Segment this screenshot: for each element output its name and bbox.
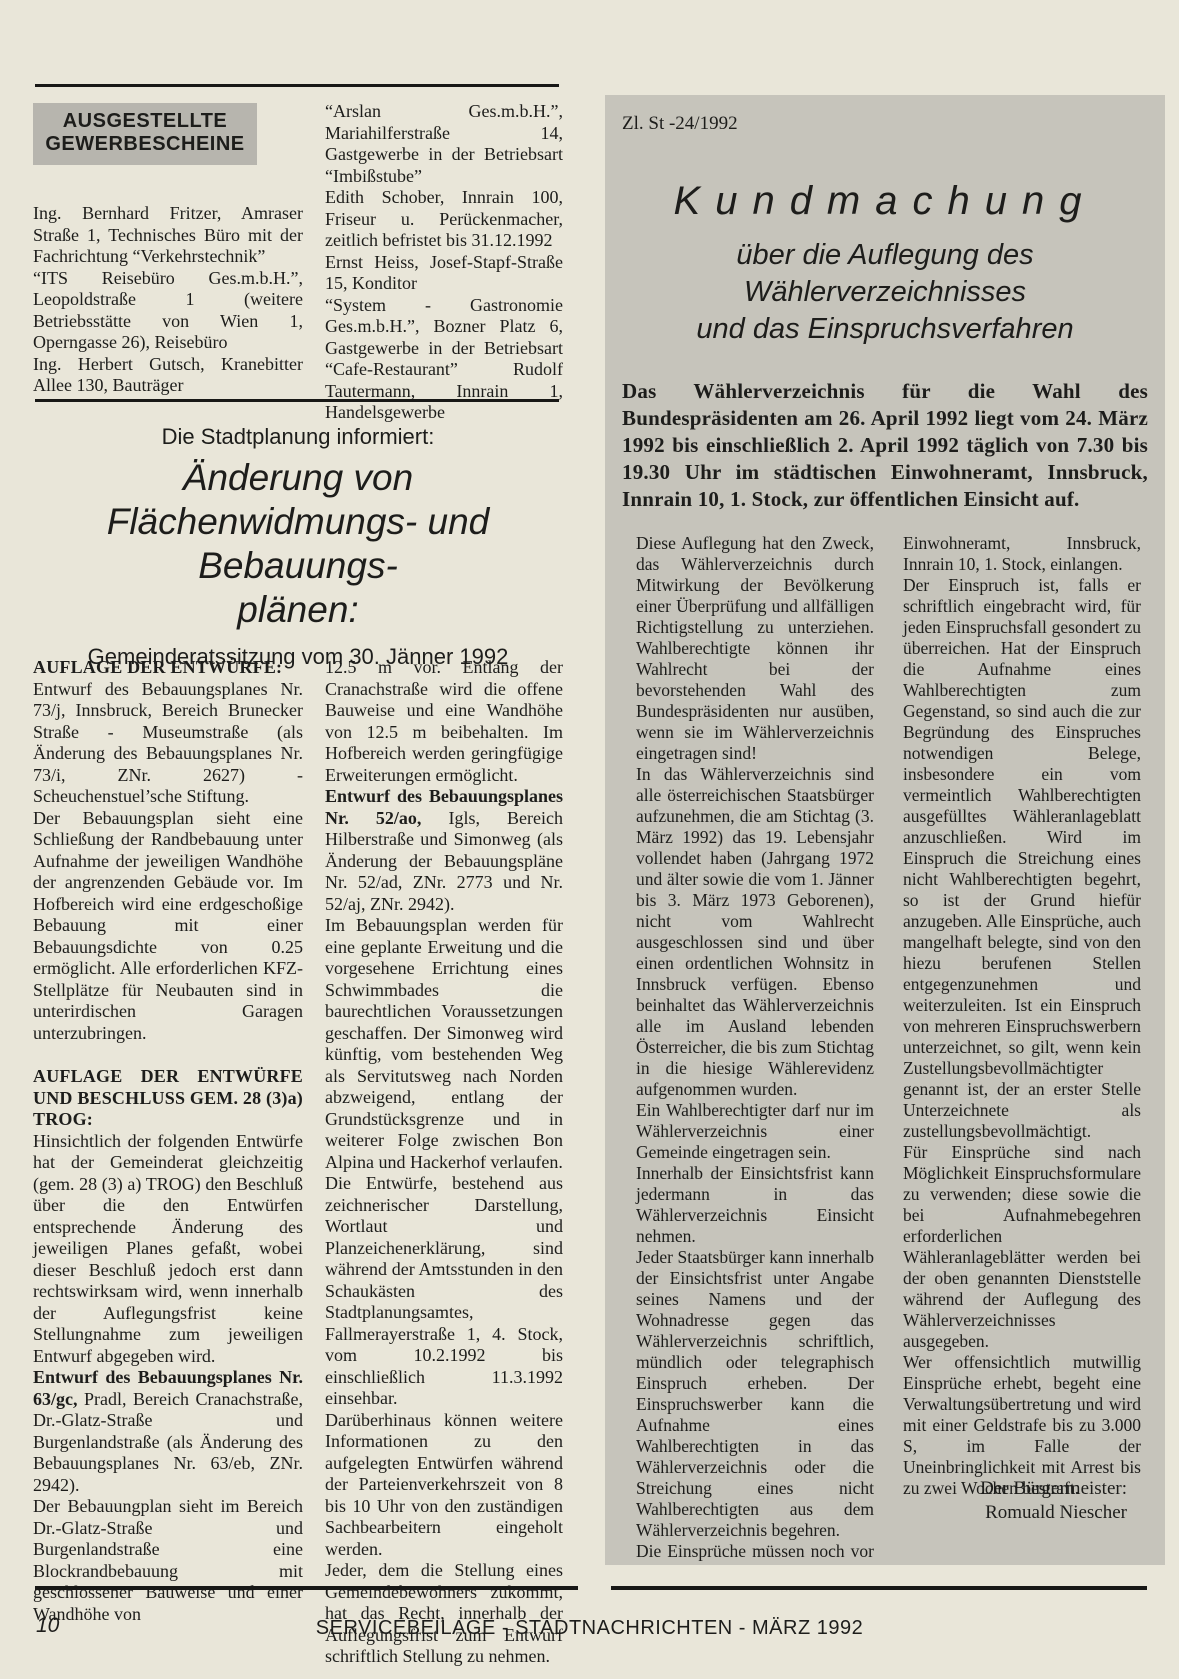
signature-block: Der Bürgermeister: Romuald Niescher: [980, 1477, 1127, 1525]
heading-line: plänen:: [33, 588, 563, 632]
paragraph: Entwurf des Bebauungsplanes Nr. 73/j, In…: [33, 679, 303, 808]
footer-rule-left: [35, 1586, 578, 1590]
paragraph: In das Wählerverzeichnis sind alle öster…: [636, 764, 874, 1100]
paragraph: Ein Wahlberechtigter darf nur im Wählerv…: [636, 1100, 874, 1163]
footer-rule-right: [611, 1586, 1147, 1590]
paragraph: Im Bebauungsplan werden für eine geplant…: [325, 915, 563, 1173]
stadtplanung-header: Die Stadtplanung informiert: Änderung vo…: [33, 424, 563, 670]
paragraph: 12.5 m vor. Entlang der Cranachstraße wi…: [325, 657, 563, 786]
gewerbe-entry: Ernst Heiss, Josef-Stapf-Straße 15, Kond…: [325, 252, 563, 295]
heading-line: Änderung von: [33, 456, 563, 500]
stadtplanung-column-1: AUFLAGE DER ENTWÜRFE: Entwurf des Bebauu…: [33, 657, 303, 1625]
subtitle-line: über die Auflegung des Wählerverzeichnis…: [605, 237, 1165, 311]
paragraph: Der Bebauungplan sieht im Bereich Dr.-Gl…: [33, 1496, 303, 1625]
gewerbescheine-title: AUSGESTELLTE GEWERBESCHEINE: [33, 103, 257, 165]
gewerbe-entry: “ITS Reisebüro Ges.m.b.H.”, Leopoldstraß…: [33, 268, 303, 354]
paragraph: Entwurf des Bebauungsplanes Nr. 52/ao, I…: [325, 786, 563, 915]
kundmachung-right-column: Einwohneramt, Innsbruck, Innrain 10, 1. …: [903, 533, 1141, 1565]
kundmachung-title: Kundmachung: [605, 179, 1165, 223]
gewerbe-entry: Ing. Herbert Gutsch, Kranebitter Allee 1…: [33, 354, 303, 397]
subsection-heading: AUFLAGE DER ENTWÜRFE UND BESCHLUSS GEM. …: [33, 1066, 303, 1131]
paragraph: Innerhalb der Einsichtsfrist kann jederm…: [636, 1163, 874, 1247]
heading-line: Flächenwidmungs- und Bebauungs-: [33, 500, 563, 588]
gewerbescheine-middle-column: “Arslan Ges.m.b.H.”, Mariahilferstraße 1…: [325, 101, 563, 424]
gewerbe-entry: Ing. Bernhard Fritzer, Amraser Straße 1,…: [33, 203, 303, 268]
paragraph: Für Einsprüche sind nach Möglichkeit Ein…: [903, 1142, 1141, 1352]
newspaper-page: { "gewerbescheine": { "title": "AUSGESTE…: [0, 0, 1179, 1679]
footer-title: SERVICEBEILAGE - STADTNACHRICHTEN - MÄRZ…: [0, 1617, 1179, 1640]
paragraph: Hinsichtlich der folgenden Entwürfe hat …: [33, 1131, 303, 1368]
signature-name: Romuald Niescher: [980, 1501, 1127, 1525]
paragraph: Entwurf des Bebauungsplanes Nr. 63/gc, P…: [33, 1367, 303, 1496]
paragraph: Diese Auflegung hat den Zweck, das Wähle…: [636, 533, 874, 764]
paragraph: Jeder Staatsbürger kann innerhalb der Ei…: [636, 1247, 874, 1541]
stadtplanung-kicker: Die Stadtplanung informiert:: [33, 424, 563, 450]
subtitle-line: und das Einspruchsverfahren: [605, 311, 1165, 348]
kundmachung-panel: Zl. St -24/1992 Kundmachung über die Auf…: [605, 95, 1165, 1565]
gewerbe-entry: “Arslan Ges.m.b.H.”, Mariahilferstraße 1…: [325, 101, 563, 187]
subsection-heading: AUFLAGE DER ENTWÜRFE:: [33, 657, 303, 679]
top-divider-rule: [35, 84, 559, 87]
gewerbescheine-left-column: AUSGESTELLTE GEWERBESCHEINE Ing. Bernhar…: [33, 100, 303, 397]
section-divider-rule: [35, 399, 559, 402]
paragraph: Die Entwürfe, bestehend aus zeichnerisch…: [325, 1173, 563, 1410]
paragraph: Jeder, dem die Stellung eines Gemeindebe…: [325, 1560, 563, 1668]
paragraph: Einwohneramt, Innsbruck, Innrain 10, 1. …: [903, 533, 1141, 575]
signature-role: Der Bürgermeister:: [980, 1477, 1127, 1501]
stadtplanung-heading: Änderung von Flächenwidmungs- und Bebauu…: [33, 456, 563, 632]
kundmachung-columns: Diese Auflegung hat den Zweck, das Wähle…: [636, 533, 1148, 1565]
paragraph: Der Einspruch ist, falls er schriftlich …: [903, 575, 1141, 1142]
reference-number: Zl. St -24/1992: [622, 113, 1165, 135]
kundmachung-lead-paragraph: Das Wählerverzeichnis für die Wahl des B…: [622, 378, 1148, 513]
kundmachung-left-column: Diese Auflegung hat den Zweck, das Wähle…: [636, 533, 874, 1565]
paragraph: Darüberhinaus können weitere Information…: [325, 1410, 563, 1561]
gewerbe-entry: Edith Schober, Innrain 100, Friseur u. P…: [325, 187, 563, 252]
kundmachung-subtitle: über die Auflegung des Wählerverzeichnis…: [605, 237, 1165, 348]
paragraph: Die Einsprüche müssen noch vor Ablauf de…: [636, 1541, 874, 1565]
gewerbe-entry: “System - Gastronomie Ges.m.b.H.”, Bozne…: [325, 295, 563, 424]
stadtplanung-column-2: 12.5 m vor. Entlang der Cranachstraße wi…: [325, 657, 563, 1668]
paragraph: Der Bebauungsplan sieht eine Schließung …: [33, 808, 303, 1045]
